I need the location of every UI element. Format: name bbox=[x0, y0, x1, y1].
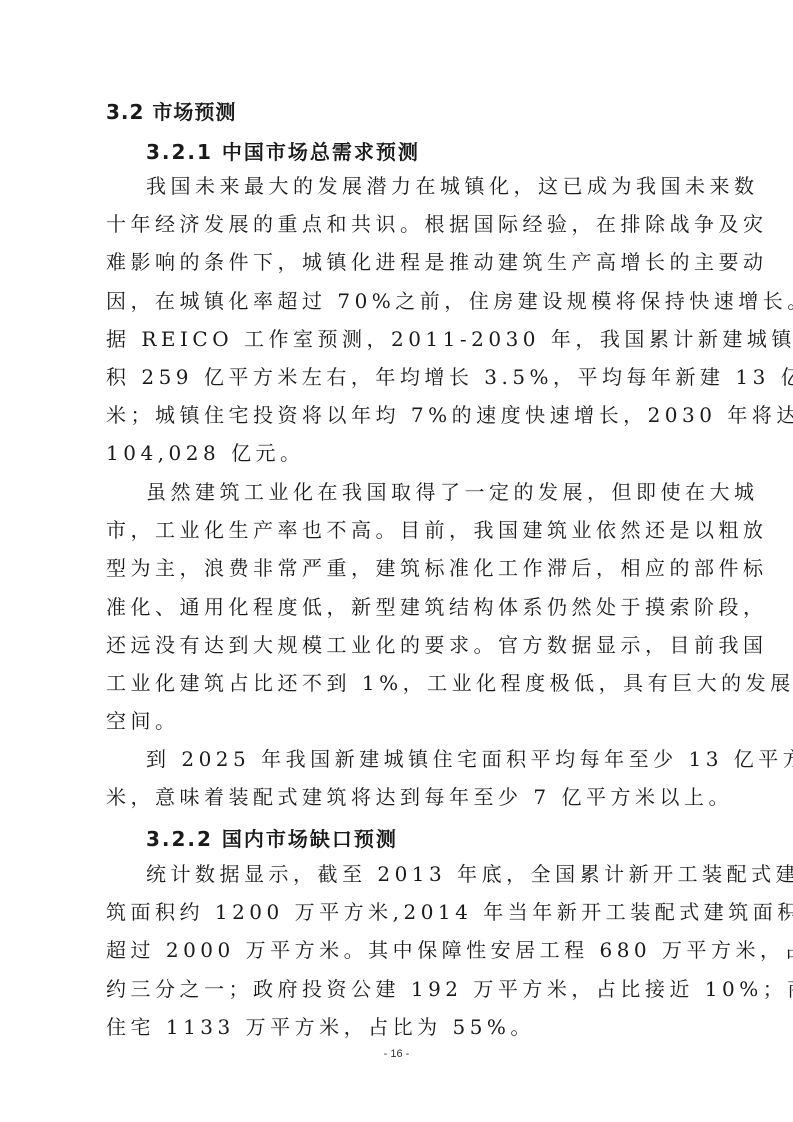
text-line: 还远没有达到大规模工业化的要求。官方数据显示，目前我国 bbox=[106, 626, 694, 664]
document-page: 3.2 市场预测 3.2.1 中国市场总需求预测 我国未来最大的发展潜力在城镇化… bbox=[0, 0, 793, 1122]
text-line: 统计数据显示，截至 2013 年底，全国累计新开工装配式建 bbox=[106, 855, 694, 893]
text-line: 住宅 1133 万平方米，占比为 55%。 bbox=[106, 1008, 694, 1046]
text-line: 十年经济发展的重点和共识。根据国际经验，在排除战争及灾 bbox=[106, 205, 694, 243]
text-line: 市，工业化生产率也不高。目前，我国建筑业依然还是以粗放 bbox=[106, 511, 694, 549]
text-line: 据 REICO 工作室预测，2011-2030 年，我国累计新建城镇住宅面 bbox=[106, 320, 694, 358]
subsection-heading-2: 3.2.2 国内市场缺口预测 bbox=[146, 825, 398, 853]
text-line: 虽然建筑工业化在我国取得了一定的发展，但即使在大城 bbox=[106, 473, 694, 511]
section-heading: 3.2 市场预测 bbox=[106, 98, 236, 126]
text-line: 空间。 bbox=[106, 702, 694, 740]
text-line: 难影响的条件下，城镇化进程是推动建筑生产高增长的主要动 bbox=[106, 243, 694, 281]
text-line: 到 2025 年我国新建城镇住宅面积平均每年至少 13 亿平方 bbox=[106, 740, 694, 778]
text-line: 准化、通用化程度低，新型建筑结构体系仍然处于摸索阶段， bbox=[106, 588, 694, 626]
paragraph-4: 统计数据显示，截至 2013 年底，全国累计新开工装配式建 筑面积约 1200 … bbox=[106, 855, 694, 1046]
paragraph-2: 虽然建筑工业化在我国取得了一定的发展，但即使在大城 市，工业化生产率也不高。目前… bbox=[106, 473, 694, 740]
text-line: 104,028 亿元。 bbox=[106, 434, 694, 472]
paragraph-1: 我国未来最大的发展潜力在城镇化，这已成为我国未来数 十年经济发展的重点和共识。根… bbox=[106, 167, 694, 473]
text-line: 积 259 亿平方米左右，年均增长 3.5%，平均每年新建 13 亿平方 bbox=[106, 358, 694, 396]
text-line: 筑面积约 1200 万平方米,2014 年当年新开工装配式建筑面积已 bbox=[106, 893, 694, 931]
text-line: 超过 2000 万平方米。其中保障性安居工程 680 万平方米，占比 bbox=[106, 931, 694, 969]
text-line: 型为主，浪费非常严重，建筑标准化工作滞后，相应的部件标 bbox=[106, 549, 694, 587]
text-line: 我国未来最大的发展潜力在城镇化，这已成为我国未来数 bbox=[106, 167, 694, 205]
text-line: 约三分之一；政府投资公建 192 万平方米，占比接近 10%；商品 bbox=[106, 970, 694, 1008]
page-number: - 16 - bbox=[0, 1048, 793, 1060]
text-line: 米，意味着装配式建筑将达到每年至少 7 亿平方米以上。 bbox=[106, 778, 694, 816]
text-line: 因，在城镇化率超过 70%之前，住房建设规模将保持快速增长。 bbox=[106, 282, 694, 320]
paragraph-3: 到 2025 年我国新建城镇住宅面积平均每年至少 13 亿平方 米，意味着装配式… bbox=[106, 740, 694, 816]
text-line: 工业化建筑占比还不到 1%，工业化程度极低，具有巨大的发展 bbox=[106, 664, 694, 702]
subsection-heading-1: 3.2.1 中国市场总需求预测 bbox=[146, 138, 420, 166]
text-line: 米；城镇住宅投资将以年均 7%的速度快速增长，2030 年将达到 bbox=[106, 396, 694, 434]
